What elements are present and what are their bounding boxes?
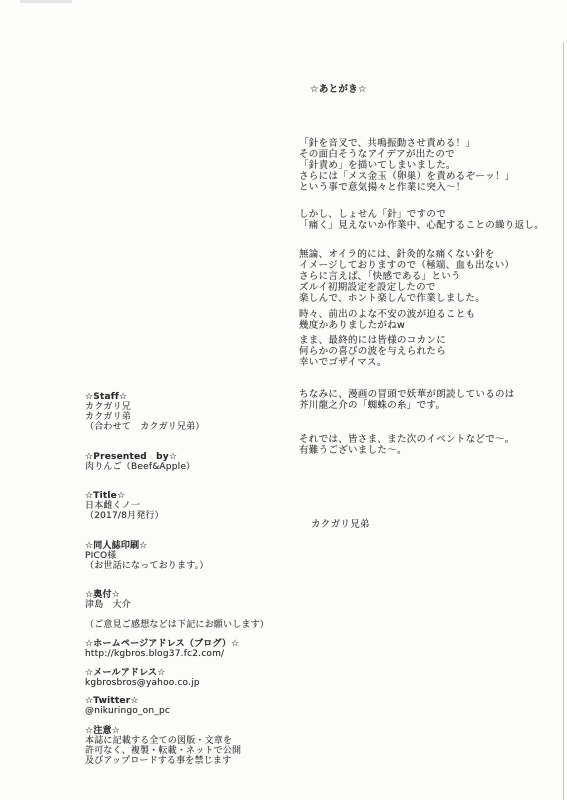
text-line: 本誌に記載する全ての図版・文章を xyxy=(85,736,297,746)
text-line: 「針を音叉で、共鳴振動させ責める！」 xyxy=(299,138,549,149)
afterword-paragraph: しかし、しょせん「針」ですので「痛く」見えないか作業中、心配することの繰り返し。 xyxy=(299,209,549,231)
text-line: 楽しんで、ホント楽しんで作業しました。 xyxy=(299,293,549,304)
text-line: 「針責め」を描いてしまいました。 xyxy=(299,160,549,171)
colophon-section: ☆Staff☆カクガリ兄カクガリ弟（合わせて カクガリ兄弟）☆Presented… xyxy=(85,374,297,766)
text-line: （2017/8月発行） xyxy=(85,511,297,521)
text-line: （お世話になっております。） xyxy=(85,561,297,571)
text-line: 幸いでゴザイマス。 xyxy=(299,357,549,368)
section-heading: ☆注意☆ xyxy=(85,726,297,736)
text-line: PICO様 xyxy=(85,551,297,561)
colophon-subsection: ☆ホームページアドレス（ブログ）☆http://kgbros.blog37.fc… xyxy=(85,639,297,659)
text-line: ちなみに、漫画の冒頭で妖華が朗読しているのは xyxy=(299,389,549,400)
text-line: kgbrosbros@yahoo.co.jp xyxy=(85,678,297,688)
text-line: 芥川龍之介の「蜘蛛の糸」です。 xyxy=(299,400,549,411)
text-line: さらには「メス金玉（卵巣）を責めるぞーッ！」 xyxy=(299,171,549,182)
text-line: 有難うございました～。 xyxy=(299,445,549,456)
signature: カクガリ兄弟 xyxy=(311,519,549,530)
text-line: 日本雌くノ一 xyxy=(85,501,297,511)
section-heading: ☆同人誌印刷☆ xyxy=(85,541,297,551)
afterword-paragraph: 「針を音叉で、共鳴振動させ責める！」その面白そうなアイデアが出たので「針責め」を… xyxy=(299,138,549,193)
afterword-paragraph: ちなみに、漫画の冒頭で妖華が朗読しているのは芥川龍之介の「蜘蛛の糸」です。 xyxy=(299,389,549,411)
text-line: 肉りんご（Beef&Apple） xyxy=(85,462,297,472)
colophon-subsection: ☆Presented by☆肉りんご（Beef&Apple） xyxy=(85,452,297,472)
text-line: 津島 大介 xyxy=(85,600,297,610)
scanned-page: ☆あとがき☆ 「針を音叉で、共鳴振動させ責める！」その面白そうなアイデアが出たの… xyxy=(0,0,567,800)
text-line: その面白そうなアイデアが出たので xyxy=(299,149,549,160)
text-line: カクガリ弟 xyxy=(85,412,297,422)
text-line: 「痛く」見えないか作業中、心配することの繰り返し。 xyxy=(299,220,549,231)
text-line: http://kgbros.blog37.fc2.com/ xyxy=(85,649,297,659)
text-line: 及びアップロードする事を禁じます xyxy=(85,756,297,766)
text-line: 幾度かありましたがねw xyxy=(299,320,549,331)
colophon-subsection: ☆奥付☆津島 大介（ご意見ご感想などは下記にお願いします） xyxy=(85,590,297,630)
colophon-subsection: ☆同人誌印刷☆PICO様（お世話になっております。） xyxy=(85,541,297,571)
section-heading: ☆Title☆ xyxy=(85,491,297,501)
text-line: （合わせて カクガリ兄弟） xyxy=(85,422,297,432)
scan-artifact-top xyxy=(20,0,72,3)
section-heading: ☆奥付☆ xyxy=(85,590,297,600)
text-line: まま、最終的には皆様のコカンに xyxy=(299,335,549,346)
text-line: さらに言えば、「快感である」という xyxy=(299,271,549,282)
scan-artifact-right-line xyxy=(563,42,564,800)
colophon-subsection: ☆Title☆日本雌くノ一（2017/8月発行） xyxy=(85,491,297,521)
text-line: （ご意見ご感想などは下記にお願いします） xyxy=(85,620,297,630)
afterword-heading: ☆あとがき☆ xyxy=(310,84,549,95)
text-line: @nikuringo_on_pc xyxy=(85,706,297,716)
text-line: イメージしておりますので（極端、血も出ない） xyxy=(299,260,549,271)
section-heading: ☆Twitter☆ xyxy=(85,696,297,706)
text-line: 許可なく、複製・転載・ネットで公開 xyxy=(85,746,297,756)
section-heading: ☆Presented by☆ xyxy=(85,452,297,462)
afterword-section: ☆あとがき☆ 「針を音叉で、共鳴振動させ責める！」その面白そうなアイデアが出たの… xyxy=(299,62,549,552)
text-line: カクガリ兄 xyxy=(85,402,297,412)
afterword-paragraphs: 「針を音叉で、共鳴振動させ責める！」その面白そうなアイデアが出たので「針責め」を… xyxy=(299,138,549,456)
colophon-subsection: ☆メールアドレス☆kgbrosbros@yahoo.co.jp xyxy=(85,668,297,688)
text-line: 時々、前出のよな不安の波が迫ることも xyxy=(299,309,549,320)
section-heading: ☆Staff☆ xyxy=(85,392,297,402)
afterword-paragraph: 無論、オイラ的には、針灸的な痛くない針をイメージしておりますので（極端、血も出な… xyxy=(299,249,549,304)
section-heading: ☆ホームページアドレス（ブログ）☆ xyxy=(85,639,297,649)
text-line: という事で意気揚々と作業に突入～！ xyxy=(299,182,549,193)
colophon-subsection: ☆Staff☆カクガリ兄カクガリ弟（合わせて カクガリ兄弟） xyxy=(85,392,297,432)
colophon-subsection: ☆Twitter☆@nikuringo_on_pc xyxy=(85,696,297,716)
afterword-paragraph: それでは、皆さま、また次のイベントなどで～。有難うございました～。 xyxy=(299,434,549,456)
section-heading: ☆メールアドレス☆ xyxy=(85,668,297,678)
text-line: それでは、皆さま、また次のイベントなどで～。 xyxy=(299,434,549,445)
afterword-paragraph: まま、最終的には皆様のコカンに何らかの喜びの波を与えられたら幸いでゴザイマス。 xyxy=(299,335,549,368)
text-line: 何らかの喜びの波を与えられたら xyxy=(299,346,549,357)
text-line: しかし、しょせん「針」ですので xyxy=(299,209,549,220)
text-line xyxy=(85,610,297,620)
text-line: 無論、オイラ的には、針灸的な痛くない針を xyxy=(299,249,549,260)
text-line: ズルイ初期設定を設定したので xyxy=(299,282,549,293)
colophon-subsection: ☆注意☆本誌に記載する全ての図版・文章を許可なく、複製・転載・ネットで公開及びア… xyxy=(85,726,297,766)
afterword-paragraph: 時々、前出のよな不安の波が迫ることも幾度かありましたがねw xyxy=(299,309,549,331)
